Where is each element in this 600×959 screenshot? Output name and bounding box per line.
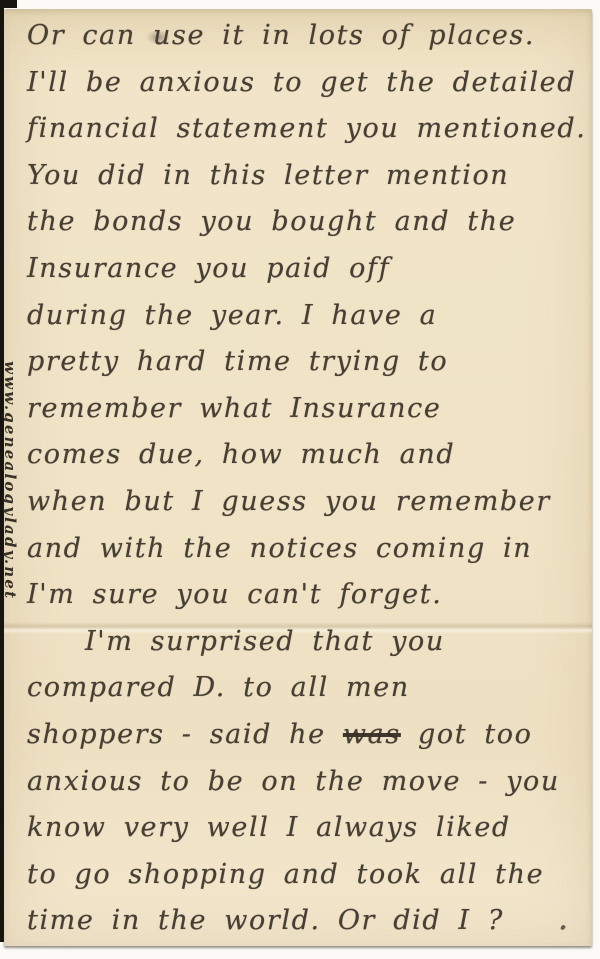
- letter-line-text: Or can use it in lots of places.: [27, 20, 535, 51]
- letter-line-text: anxious to be on the move - you: [27, 766, 560, 797]
- letter-line-text: to go shopping and took all the: [27, 859, 544, 890]
- letter-line-text: pretty hard time trying to: [27, 346, 448, 377]
- letter-line-text: the bonds you bought and the: [27, 206, 516, 237]
- watermark-text: www.genealogylady.net: [1, 361, 19, 600]
- letter-line: the bonds you bought and the: [27, 199, 572, 246]
- letter-line-text: Insurance you paid off: [27, 253, 390, 284]
- letter-body: Or can use it in lots of places.I'll be …: [27, 13, 572, 945]
- letter-line: comes due, how much and: [27, 432, 572, 479]
- letter-line-text: shoppers - said he: [27, 719, 343, 750]
- struck-out-word: was: [343, 719, 401, 750]
- letter-line: anxious to be on the move - you: [27, 759, 572, 806]
- letter-line: and with the notices coming in: [27, 526, 572, 573]
- letter-line-text: during the year. I have a: [27, 300, 437, 331]
- letter-line: compared D. to all men: [27, 665, 572, 712]
- letter-line: I'll be anxious to get the detailed: [27, 60, 572, 107]
- letter-line-text: got too: [401, 719, 533, 750]
- letter-line-text: financial statement you mentioned.: [27, 113, 586, 144]
- letter-line: Or can use it in lots of places.: [27, 13, 572, 60]
- letter-line: pretty hard time trying to: [27, 339, 572, 386]
- letter-line: to go shopping and took all the: [27, 852, 572, 899]
- letter-line-text: when but I guess you remember: [27, 486, 551, 517]
- letter-line-text: I'm surprised that you: [85, 626, 445, 657]
- letter-line: time in the world. Or did I ?: [27, 898, 572, 945]
- letter-line: know very well I always liked: [27, 805, 572, 852]
- letter-line-text: remember what Insurance: [27, 393, 441, 424]
- letter-line-text: know very well I always liked: [27, 812, 511, 843]
- scanned-letter-page: Or can use it in lots of places.I'll be …: [0, 0, 600, 959]
- letter-line: I'm sure you can't forget.: [27, 572, 572, 619]
- letter-line-text: I'll be anxious to get the detailed: [27, 67, 576, 98]
- letter-paper: Or can use it in lots of places.I'll be …: [4, 9, 592, 946]
- letter-line: remember what Insurance: [27, 386, 572, 433]
- letter-line: I'm surprised that you: [27, 619, 572, 666]
- letter-line: during the year. I have a: [27, 293, 572, 340]
- letter-line-text: compared D. to all men: [27, 672, 410, 703]
- letter-line-text: You did in this letter mention: [27, 160, 509, 191]
- letter-line: Insurance you paid off: [27, 246, 572, 293]
- letter-line-text: and with the notices coming in: [27, 533, 532, 564]
- letter-line-text: I'm sure you can't forget.: [27, 579, 442, 610]
- letter-line-text: comes due, how much and: [27, 439, 455, 470]
- letter-line: when but I guess you remember: [27, 479, 572, 526]
- letter-line: You did in this letter mention: [27, 153, 572, 200]
- letter-line: shoppers - said he was got too: [27, 712, 572, 759]
- letter-line: financial statement you mentioned.: [27, 106, 572, 153]
- letter-line-text: time in the world. Or did I ?: [27, 905, 504, 936]
